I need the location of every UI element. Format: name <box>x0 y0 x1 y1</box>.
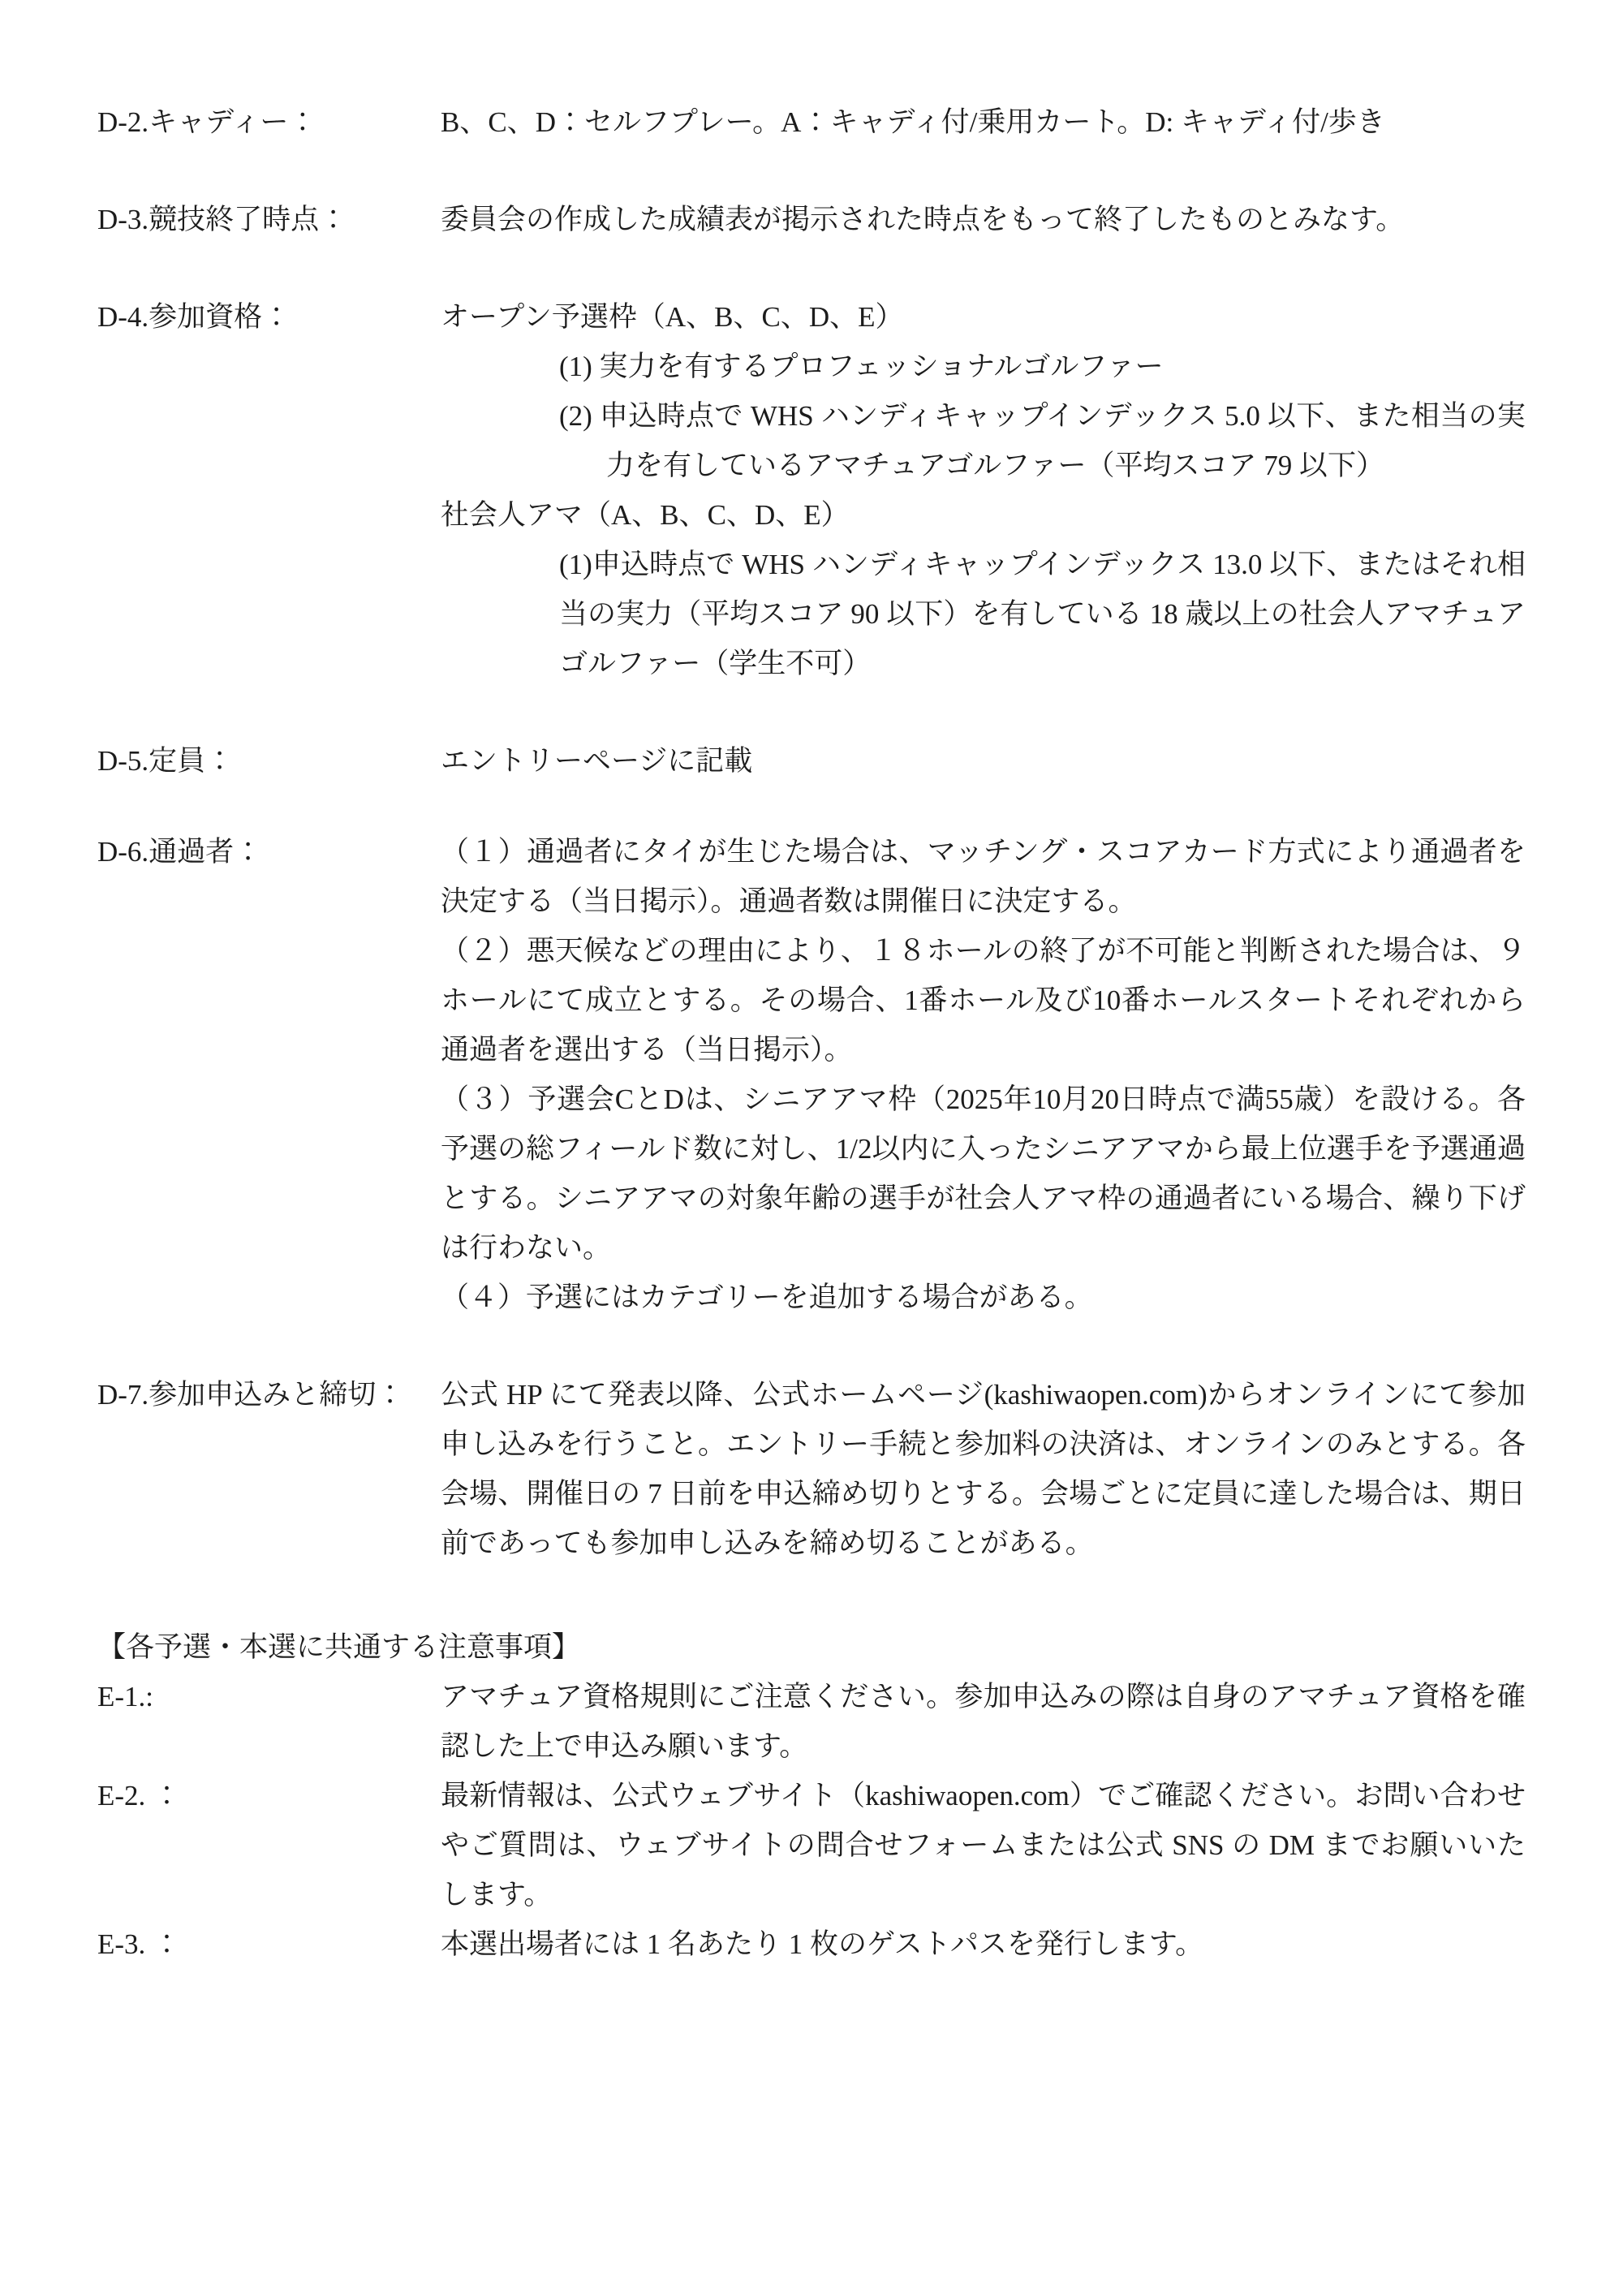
row-label: D-7.参加申込みと締切： <box>97 1370 441 1419</box>
row-content: 最新情報は、公式ウェブサイト（kashiwaopen.com）でご確認ください。… <box>441 1771 1526 1919</box>
notes-section-heading: 【各予選・本選に共通する注意事項】 <box>97 1622 1526 1672</box>
row-label: E-3. ： <box>97 1919 441 1969</box>
row-label: D-3.競技終了時点： <box>97 195 441 244</box>
row-content: （１）通過者にタイが生じた場合は、マッチング・スコアカード方式により通過者を決定… <box>441 827 1526 1322</box>
row-label: D-2.キャディー： <box>97 97 441 147</box>
row-content: 本選出場者には 1 名あたり 1 枚のゲストパスを発行します。 <box>441 1919 1526 1969</box>
paragraph: 委員会の作成した成績表が掲示された時点をもって終了したものとみなす。 <box>441 195 1526 244</box>
paragraph: B、C、D：セルフプレー。A：キャディ付/乗用カート。D: キャディ付/歩き <box>441 97 1526 147</box>
row-content: アマチュア資格規則にご注意ください。参加申込みの際は自身のアマチュア資格を確認し… <box>441 1672 1526 1771</box>
paragraph: (1)申込時点で WHS ハンディキャップインデックス 13.0 以下、またはそ… <box>559 540 1526 688</box>
paragraph: （３）予選会CとDは、シニアアマ枠（2025年10月20日時点で満55歳）を設け… <box>441 1075 1526 1273</box>
paragraph: アマチュア資格規則にご注意ください。参加申込みの際は自身のアマチュア資格を確認し… <box>441 1672 1526 1771</box>
section-e1: E-1.: アマチュア資格規則にご注意ください。参加申込みの際は自身のアマチュア… <box>97 1672 1526 1771</box>
section-d3: D-3.競技終了時点： 委員会の作成した成績表が掲示された時点をもって終了したも… <box>97 195 1526 244</box>
section-d2: D-2.キャディー： B、C、D：セルフプレー。A：キャディ付/乗用カート。D:… <box>97 97 1526 147</box>
section-e3: E-3. ： 本選出場者には 1 名あたり 1 枚のゲストパスを発行します。 <box>97 1919 1526 1969</box>
paragraph: 公式 HP にて発表以降、公式ホームページ(kashiwaopen.com)から… <box>441 1370 1526 1568</box>
paragraph: （２）悪天候などの理由により、１８ホールの終了が不可能と判断された場合は、９ホー… <box>441 926 1526 1075</box>
paragraph: (2) 申込時点で WHS ハンディキャップインデックス 5.0 以下、また相当… <box>606 391 1526 490</box>
row-label: D-6.通過者： <box>97 827 441 877</box>
row-content: 委員会の作成した成績表が掲示された時点をもって終了したものとみなす。 <box>441 195 1526 244</box>
paragraph: 本選出場者には 1 名あたり 1 枚のゲストパスを発行します。 <box>441 1919 1526 1969</box>
section-d6: D-6.通過者： （１）通過者にタイが生じた場合は、マッチング・スコアカード方式… <box>97 827 1526 1322</box>
paragraph: 社会人アマ（A、B、C、D、E） <box>441 490 1526 540</box>
row-content: エントリーページに記載 <box>441 736 1526 786</box>
paragraph: オープン予選枠（A、B、C、D、E） <box>441 292 1526 342</box>
paragraph: エントリーページに記載 <box>441 736 1526 786</box>
document-page: D-2.キャディー： B、C、D：セルフプレー。A：キャディ付/乗用カート。D:… <box>0 0 1623 2296</box>
section-d7: D-7.参加申込みと締切： 公式 HP にて発表以降、公式ホームページ(kash… <box>97 1370 1526 1568</box>
paragraph: （４）予選にはカテゴリーを追加する場合がある。 <box>441 1273 1526 1322</box>
row-label: E-1.: <box>97 1672 441 1721</box>
row-label: E-2. ： <box>97 1771 441 1820</box>
row-label: D-5.定員： <box>97 736 441 786</box>
section-e2: E-2. ： 最新情報は、公式ウェブサイト（kashiwaopen.com）でご… <box>97 1771 1526 1919</box>
section-d4: D-4.参加資格： オープン予選枠（A、B、C、D、E） (1) 実力を有するプ… <box>97 292 1526 688</box>
paragraph: （１）通過者にタイが生じた場合は、マッチング・スコアカード方式により通過者を決定… <box>441 827 1526 926</box>
row-content: オープン予選枠（A、B、C、D、E） (1) 実力を有するプロフェッショナルゴル… <box>441 292 1526 688</box>
row-label: D-4.参加資格： <box>97 292 441 342</box>
row-content: 公式 HP にて発表以降、公式ホームページ(kashiwaopen.com)から… <box>441 1370 1526 1568</box>
paragraph: 最新情報は、公式ウェブサイト（kashiwaopen.com）でご確認ください。… <box>441 1771 1526 1919</box>
paragraph: (1) 実力を有するプロフェッショナルゴルファー <box>559 342 1526 391</box>
row-content: B、C、D：セルフプレー。A：キャディ付/乗用カート。D: キャディ付/歩き <box>441 97 1526 147</box>
section-d5: D-5.定員： エントリーページに記載 <box>97 736 1526 786</box>
